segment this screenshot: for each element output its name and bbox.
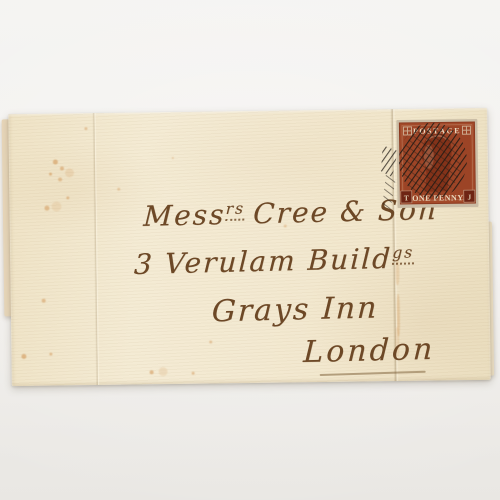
stamp-corner-letter-right: J (467, 193, 471, 202)
letter-sheet: MessrsCree & Son 3 Verulam Buildgs Grays… (8, 108, 491, 386)
postage-stamp: POSTAGE T J ONE PENNY (380, 110, 493, 215)
cancellation-spill-upper (381, 145, 398, 177)
address-line-district: Grays Inn (211, 290, 379, 329)
stamp-corner-letter-left: T (404, 193, 409, 202)
cancellation-spill-lower (382, 173, 396, 209)
city-underline-flourish (320, 371, 426, 376)
address-line-street: 3 Verulam Buildgs (133, 241, 414, 281)
street-text: 3 Verulam Build (133, 242, 393, 281)
addressee-superscript: rs (225, 199, 245, 220)
address-line-city: London (303, 332, 437, 370)
photo-background: MessrsCree & Son 3 Verulam Buildgs Grays… (0, 0, 500, 500)
addressee-prefix: Mess (143, 198, 227, 233)
street-superscript: gs (392, 243, 415, 265)
